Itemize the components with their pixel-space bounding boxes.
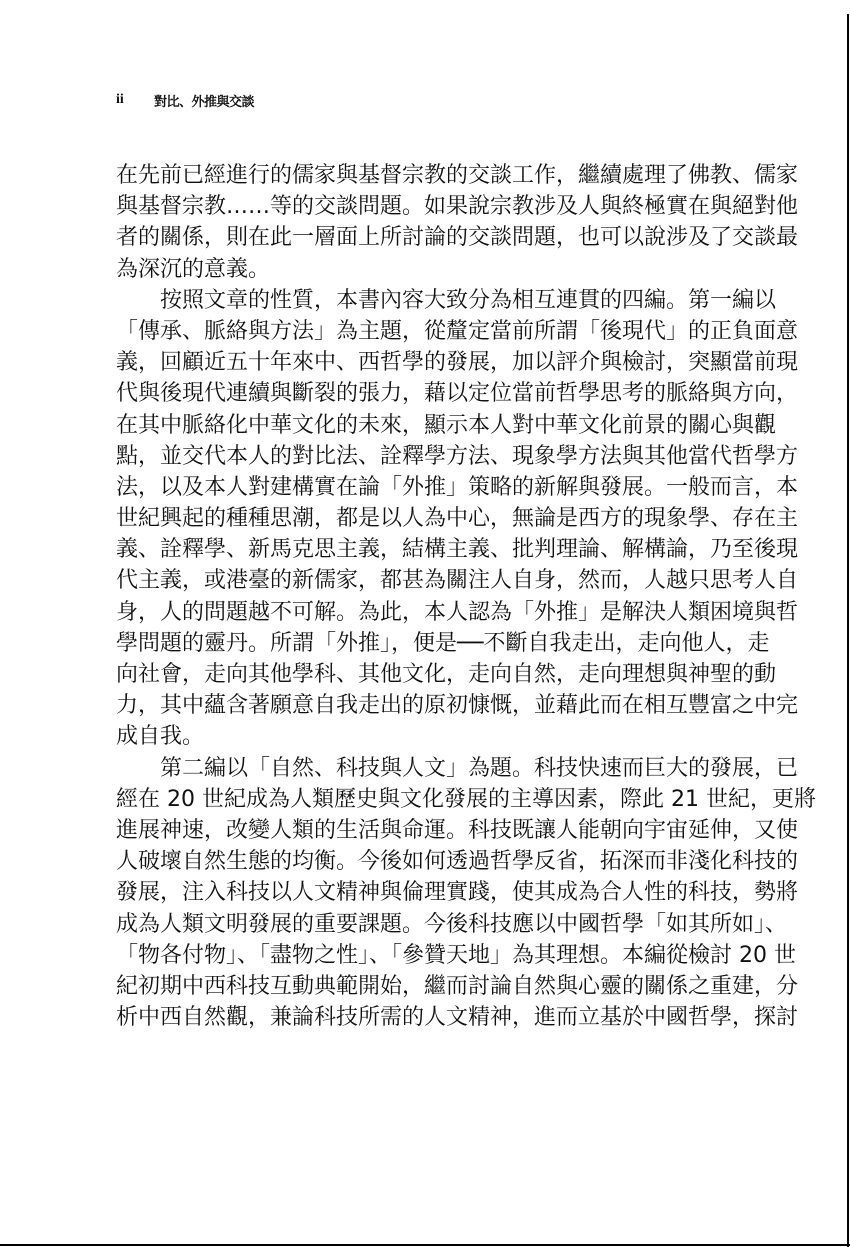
text-line: 力，其中蘊含著願意自我走出的原初慷慨，並藉此而在相互豐富之中完 bbox=[116, 690, 738, 721]
paragraph: 按照文章的性質，本書內容大致分為相互連貫的四編。第一編以 「傳承、脈絡與方法」為… bbox=[116, 285, 738, 753]
text-line: 紀初期中西科技互動典範開始，繼而討論自然與心靈的關係之重建，分 bbox=[116, 971, 738, 1002]
text-line: 成為人類文明發展的重要課題。今後科技應以中國哲學「如其所如」、 bbox=[116, 909, 738, 940]
body-text: 在先前已經進行的儒家與基督宗教的交談工作，繼續處理了佛教、儒家 與基督宗教……等… bbox=[116, 160, 738, 1033]
paragraph: 第二編以「自然、科技與人文」為題。科技快速而巨大的發展，已 經在 20 世紀成為… bbox=[116, 753, 738, 1034]
text-line: 在其中脈絡化中華文化的未來，顯示本人對中華文化前景的關心與觀 bbox=[116, 410, 738, 441]
text-line: 代與後現代連續與斷裂的張力，藉以定位當前哲學思考的脈絡與方向， bbox=[116, 378, 738, 409]
text-line: 在先前已經進行的儒家與基督宗教的交談工作，繼續處理了佛教、儒家 bbox=[116, 160, 738, 191]
page-number: ii bbox=[116, 92, 154, 108]
text-line: 為深沉的意義。 bbox=[116, 254, 738, 285]
book-title: 對比、外推與交談 bbox=[154, 91, 254, 110]
paragraph: 在先前已經進行的儒家與基督宗教的交談工作，繼續處理了佛教、儒家 與基督宗教……等… bbox=[116, 160, 738, 285]
text-line: 向社會，走向其他學科、其他文化，走向自然，走向理想與神聖的動 bbox=[116, 659, 738, 690]
text-line: 發展，注入科技以人文精神與倫理實踐，使其成為合人性的科技，勢將 bbox=[116, 877, 738, 908]
text-line: 進展神速，改變人類的生活與命運。科技既讓人能朝向宇宙延伸，又使 bbox=[116, 815, 738, 846]
page-edge-right bbox=[847, 14, 849, 1247]
text-line: 與基督宗教……等的交談問題。如果說宗教涉及人與終極實在與絕對他 bbox=[116, 191, 738, 222]
text-line: 「物各付物」、「盡物之性」、「參贊天地」為其理想。本編從檢討 20 世 bbox=[116, 940, 738, 971]
text-line: 法，以及本人對建構實在論「外推」策略的新解與發展。一般而言，本 bbox=[116, 472, 738, 503]
text-line: 經在 20 世紀成為人類歷史與文化發展的主導因素，際此 21 世紀，更將 bbox=[116, 784, 738, 815]
text-line: 點，並交代本人的對比法、詮釋學方法、現象學方法與其他當代哲學方 bbox=[116, 441, 738, 472]
text-line: 義，回顧近五十年來中、西哲學的發展，加以評介與檢討，突顯當前現 bbox=[116, 347, 738, 378]
text-line: 者的關係，則在此一層面上所討論的交談問題，也可以說涉及了交談最 bbox=[116, 222, 738, 253]
text-line: 學問題的靈丹。所謂「外推」，便是──不斷自我走出，走向他人，走 bbox=[116, 628, 738, 659]
text-line: 按照文章的性質，本書內容大致分為相互連貫的四編。第一編以 bbox=[116, 285, 738, 316]
text-line: 析中西自然觀，兼論科技所需的人文精神，進而立基於中國哲學，探討 bbox=[116, 1002, 738, 1033]
page-edge-bottom bbox=[0, 1244, 850, 1246]
text-line: 第二編以「自然、科技與人文」為題。科技快速而巨大的發展，已 bbox=[116, 753, 738, 784]
text-line: 身，人的問題越不可解。為此，本人認為「外推」是解決人類困境與哲 bbox=[116, 597, 738, 628]
text-line: 成自我。 bbox=[116, 721, 738, 752]
text-line: 「傳承、脈絡與方法」為主題，從釐定當前所謂「後現代」的正負面意 bbox=[116, 316, 738, 347]
running-header: ii 對比、外推與交談 bbox=[116, 90, 254, 110]
text-line: 人破壞自然生態的均衡。今後如何透過哲學反省，拓深而非淺化科技的 bbox=[116, 846, 738, 877]
text-line: 義、詮釋學、新馬克思主義，結構主義、批判理論、解構論，乃至後現 bbox=[116, 534, 738, 565]
text-line: 世紀興起的種種思潮，都是以人為中心，無論是西方的現象學、存在主 bbox=[116, 503, 738, 534]
text-line: 代主義，或港臺的新儒家，都甚為關注人自身，然而，人越只思考人自 bbox=[116, 565, 738, 596]
